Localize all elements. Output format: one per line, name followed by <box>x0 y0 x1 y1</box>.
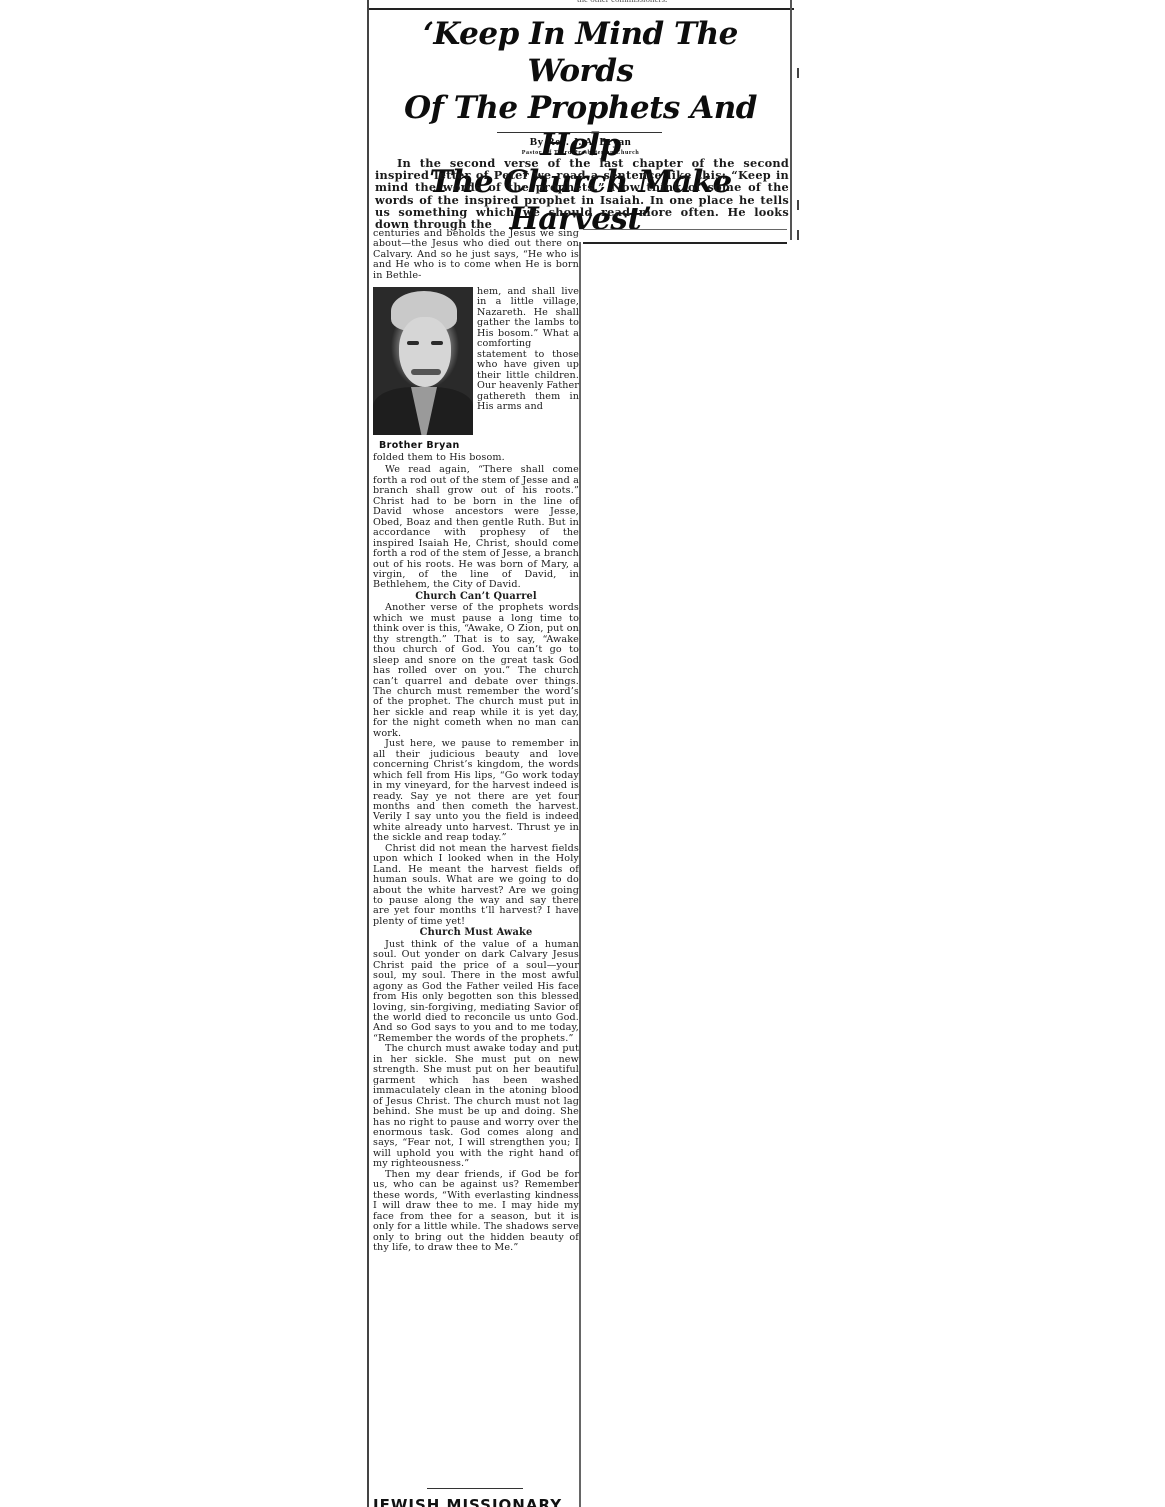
column-intro: centuries and beholds the Jesus we sing … <box>373 229 579 281</box>
left-border <box>367 0 369 1507</box>
subhead-church-cant-quarrel: Church Can’t Quarrel <box>373 592 579 602</box>
photo-caption: Brother Bryan <box>379 440 460 451</box>
headline-rule <box>497 132 662 133</box>
column-body: folded them to His bosom. We read again,… <box>373 453 579 1253</box>
paragraph: Another verse of the prophets words whic… <box>373 603 579 739</box>
newspaper-clipping: the other commissioners. ‘Keep In Mind T… <box>367 0 794 1507</box>
border-tick <box>797 68 799 78</box>
photo-wrap-text: hem, and shall live in a little village,… <box>477 287 579 412</box>
right-border <box>790 0 792 240</box>
after-photo-text: folded them to His bosom. <box>373 453 579 463</box>
paragraph: Just think of the value of a human soul.… <box>373 940 579 1045</box>
paragraph: Then my dear friends, if God be for us, … <box>373 1170 579 1254</box>
byline: By Rev. J. A. Bryan <box>367 136 794 148</box>
paragraph: Just here, we pause to remember in all t… <box>373 739 579 844</box>
subhead-church-must-awake: Church Must Awake <box>373 928 579 938</box>
lead-text: In the second verse of the last chapter … <box>375 157 789 230</box>
top-strip: the other commissioners. <box>367 0 794 10</box>
author-photo <box>373 287 473 435</box>
paragraph: The church must awake today and put in h… <box>373 1044 579 1169</box>
headline-line-1: ‘Keep In Mind The Words <box>373 16 788 90</box>
lead-paragraph: In the second verse of the last chapter … <box>375 157 789 230</box>
empty-box-rule <box>583 229 787 244</box>
intro-text: centuries and beholds the Jesus we sing … <box>373 229 579 281</box>
paragraph: Christ did not mean the harvest fields u… <box>373 844 579 928</box>
border-tick <box>797 230 799 240</box>
article-end-rule <box>427 1488 523 1489</box>
border-tick <box>797 200 799 210</box>
next-article-headline: JEWISH MISSIONARY <box>373 1496 562 1507</box>
paragraph: We read again, “There shall come forth a… <box>373 465 579 590</box>
column-rule <box>579 242 581 1507</box>
top-right-fragment: the other commissioners. <box>577 0 667 4</box>
